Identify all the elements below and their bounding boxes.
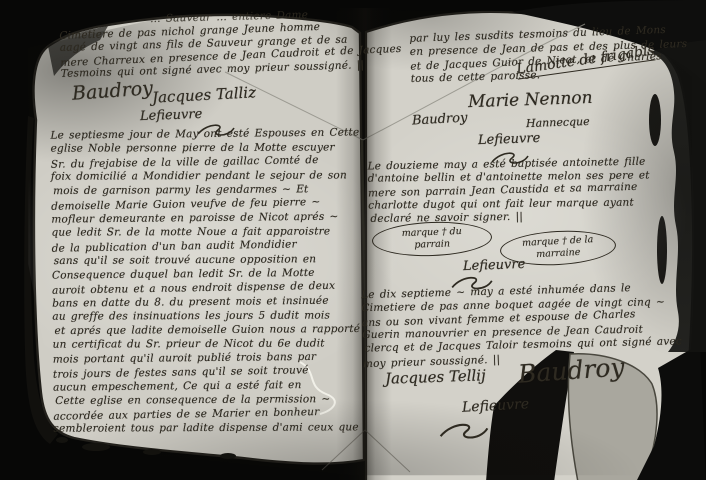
burial-entry-text: Le dix septieme ~ may a esté inhumée dan… xyxy=(361,281,680,370)
godmother-mark-line2: marraine xyxy=(536,247,581,261)
ink-blob xyxy=(56,437,68,443)
marriage-entry-text: Le septiesme jour de May ont esté Espous… xyxy=(50,125,362,436)
ink-blob xyxy=(82,443,110,451)
ink-blob xyxy=(220,453,236,459)
baptism-entry-text: Le douzieme may a esté baptisée antoinet… xyxy=(367,156,650,227)
left-top-fragment-entry: Cimetiere de pas nichol grange Jeune hom… xyxy=(59,18,402,82)
parish-register-photograph: … Sauveur … entiere Dame Cimetiere de pa… xyxy=(0,0,706,480)
binding-streak xyxy=(649,94,661,146)
signature-baudroy-right-top: Baudroy xyxy=(412,111,468,129)
godfather-mark-line2: parrain xyxy=(414,238,450,251)
signature-lefieuvre-left: Lefieuvre xyxy=(140,107,203,124)
handwritten-line: sembleroient tous par ladite dispense d'… xyxy=(54,420,363,435)
signature-lefieuvre-right-top: Lefieuvre xyxy=(478,131,541,148)
godfather-mark-line1: marque † du xyxy=(402,226,462,240)
ink-blob xyxy=(143,449,161,455)
handwritten-line: sans qu'il se soit trouvé aucune opposit… xyxy=(54,252,363,268)
signature-hannecque: Hannecque xyxy=(526,115,590,130)
signature-jacques-tellij: Jacques Tellij xyxy=(385,366,486,388)
binding-streak xyxy=(657,216,667,284)
handwritten-line: un certificat du Sr. prieur de Nicot du … xyxy=(53,336,362,351)
paraph-flourish-icon xyxy=(436,418,492,444)
